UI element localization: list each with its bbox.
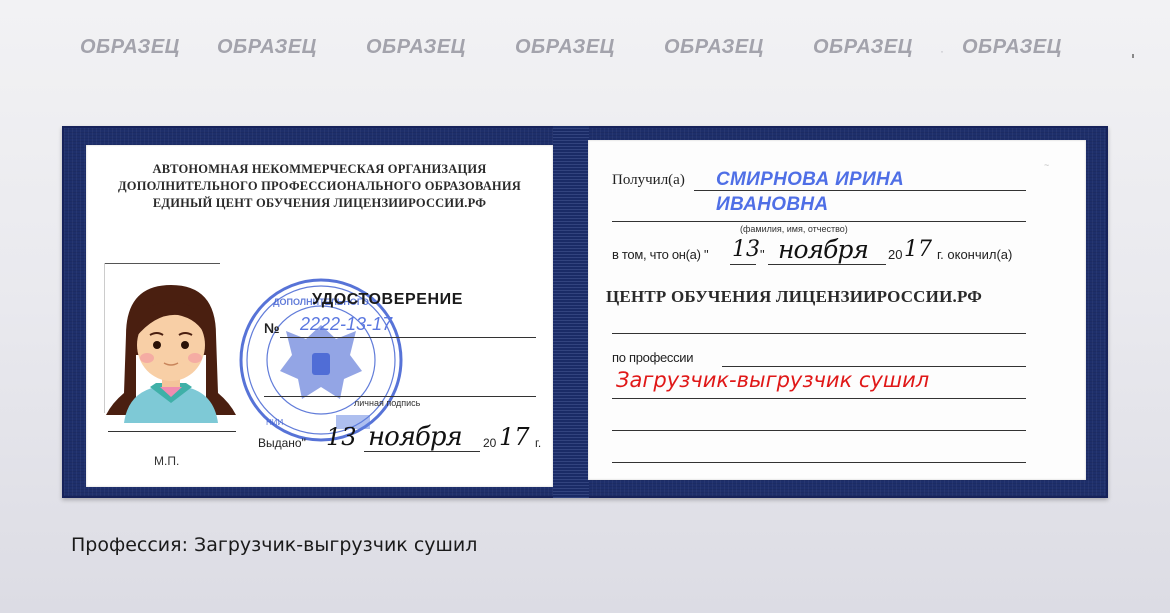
- organization-header: АВТОНОМНАЯ НЕКОММЕРЧЕСКАЯ ОРГАНИЗАЦИЯ ДО…: [86, 161, 553, 212]
- profession-label: по профессии: [612, 350, 693, 365]
- avatar-girl-icon: [106, 275, 236, 423]
- issued-year-prefix: 20: [483, 436, 496, 450]
- certificate-title: УДОСТОВЕРЕНИЕ: [312, 291, 463, 309]
- org-header-line: ДОПОЛНИТЕЛЬНОГО ПРОФЕССИОНАЛЬНОГО ОБРАЗО…: [86, 178, 553, 195]
- watermark: ОБРАЗЕЦ: [962, 36, 1062, 59]
- certificate-spine: [553, 126, 589, 498]
- watermark: ОБРАЗЕЦ: [217, 36, 317, 59]
- profession-underline-4: [612, 462, 1026, 463]
- recipient-name-line2: ИВАНОВНА: [716, 194, 828, 216]
- certificate-right-page: ~ Получил(а) СМИРНОВА ИРИНА ИВАНОВНА (фа…: [588, 140, 1086, 480]
- certificate-number-value: 2222-13-17: [300, 314, 392, 335]
- issued-day: 13: [326, 423, 357, 451]
- graduation-day: 13: [732, 237, 760, 262]
- watermark: ОБРАЗЕЦ: [813, 36, 913, 59]
- name-underline-2: [612, 221, 1026, 222]
- org-header-line: ЕДИНЫЙ ЦЕНТ ОБУЧЕНИЯ ЛИЦЕНЗИИРОССИИ.РФ: [86, 195, 553, 212]
- issued-label: Выдано": [258, 436, 306, 450]
- watermark-row: ОБРАЗЕЦ ОБРАЗЕЦ ОБРАЗЕЦ ОБРАЗЕЦ ОБРАЗЕЦ …: [0, 36, 1170, 62]
- org-header-line: АВТОНОМНАЯ НЕКОММЕРЧЕСКАЯ ОРГАНИЗАЦИЯ: [86, 161, 553, 178]
- center-underline: [612, 333, 1026, 334]
- recipient-name-line1: СМИРНОВА ИРИНА: [716, 169, 904, 191]
- name-underline-1: [694, 190, 1026, 191]
- stamp-place-label: М.П.: [154, 454, 179, 468]
- dot-mark: ·: [940, 44, 944, 58]
- issued-year-label: г.: [535, 436, 541, 450]
- watermark: ОБРАЗЕЦ: [80, 36, 180, 59]
- certificate-number-label: №: [264, 320, 280, 336]
- fio-caption: (фамилия, имя, отчество): [740, 224, 848, 234]
- certificate-left-page: АВТОНОМНАЯ НЕКОММЕРЧЕСКАЯ ОРГАНИЗАЦИЯ ДО…: [86, 145, 553, 487]
- photo-frame-left: [104, 263, 105, 413]
- profession-underline-1: [722, 366, 1026, 367]
- grad-month-underline: [768, 264, 886, 265]
- watermark: ОБРАЗЕЦ: [664, 36, 764, 59]
- svg-text:НИИ: НИИ: [266, 418, 284, 427]
- photo-frame-top: [104, 263, 220, 264]
- graduation-year-suffix: 17: [904, 237, 932, 262]
- received-label: Получил(а): [612, 172, 685, 189]
- profession-underline-3: [612, 430, 1026, 431]
- watermark: ОБРАЗЕЦ: [515, 36, 615, 59]
- training-center-name: ЦЕНТР ОБУЧЕНИЯ ЛИЦЕНЗИИРОССИИ.РФ: [606, 287, 982, 307]
- issued-month-underline: [364, 451, 480, 452]
- issued-month: ноября: [368, 422, 462, 452]
- profession-caption: Профессия: Загрузчик-выгрузчик сушил: [71, 534, 477, 556]
- photo-frame-bottom: [108, 431, 236, 432]
- profession-value: Загрузчик-выгрузчик сушил: [616, 368, 929, 392]
- graduation-year-prefix: 20: [888, 247, 902, 262]
- signature-caption: личная подпись: [354, 398, 420, 408]
- photo-frame: [104, 263, 236, 433]
- signature-line: [264, 396, 536, 397]
- completion-label: в том, что он(а) ": [612, 247, 708, 262]
- graduation-month: ноября: [778, 235, 868, 264]
- graduated-label: г. окончил(а): [937, 247, 1012, 262]
- watermark: ОБРАЗЕЦ: [366, 36, 466, 59]
- grad-day-underline: [730, 264, 756, 265]
- profession-underline-2: [612, 398, 1026, 399]
- number-underline: [280, 337, 536, 338]
- grad-quote: ": [760, 247, 764, 262]
- issued-year-suffix: 17: [499, 423, 530, 451]
- tick-mark: [1132, 54, 1134, 58]
- corner-mark: ~: [1044, 160, 1049, 170]
